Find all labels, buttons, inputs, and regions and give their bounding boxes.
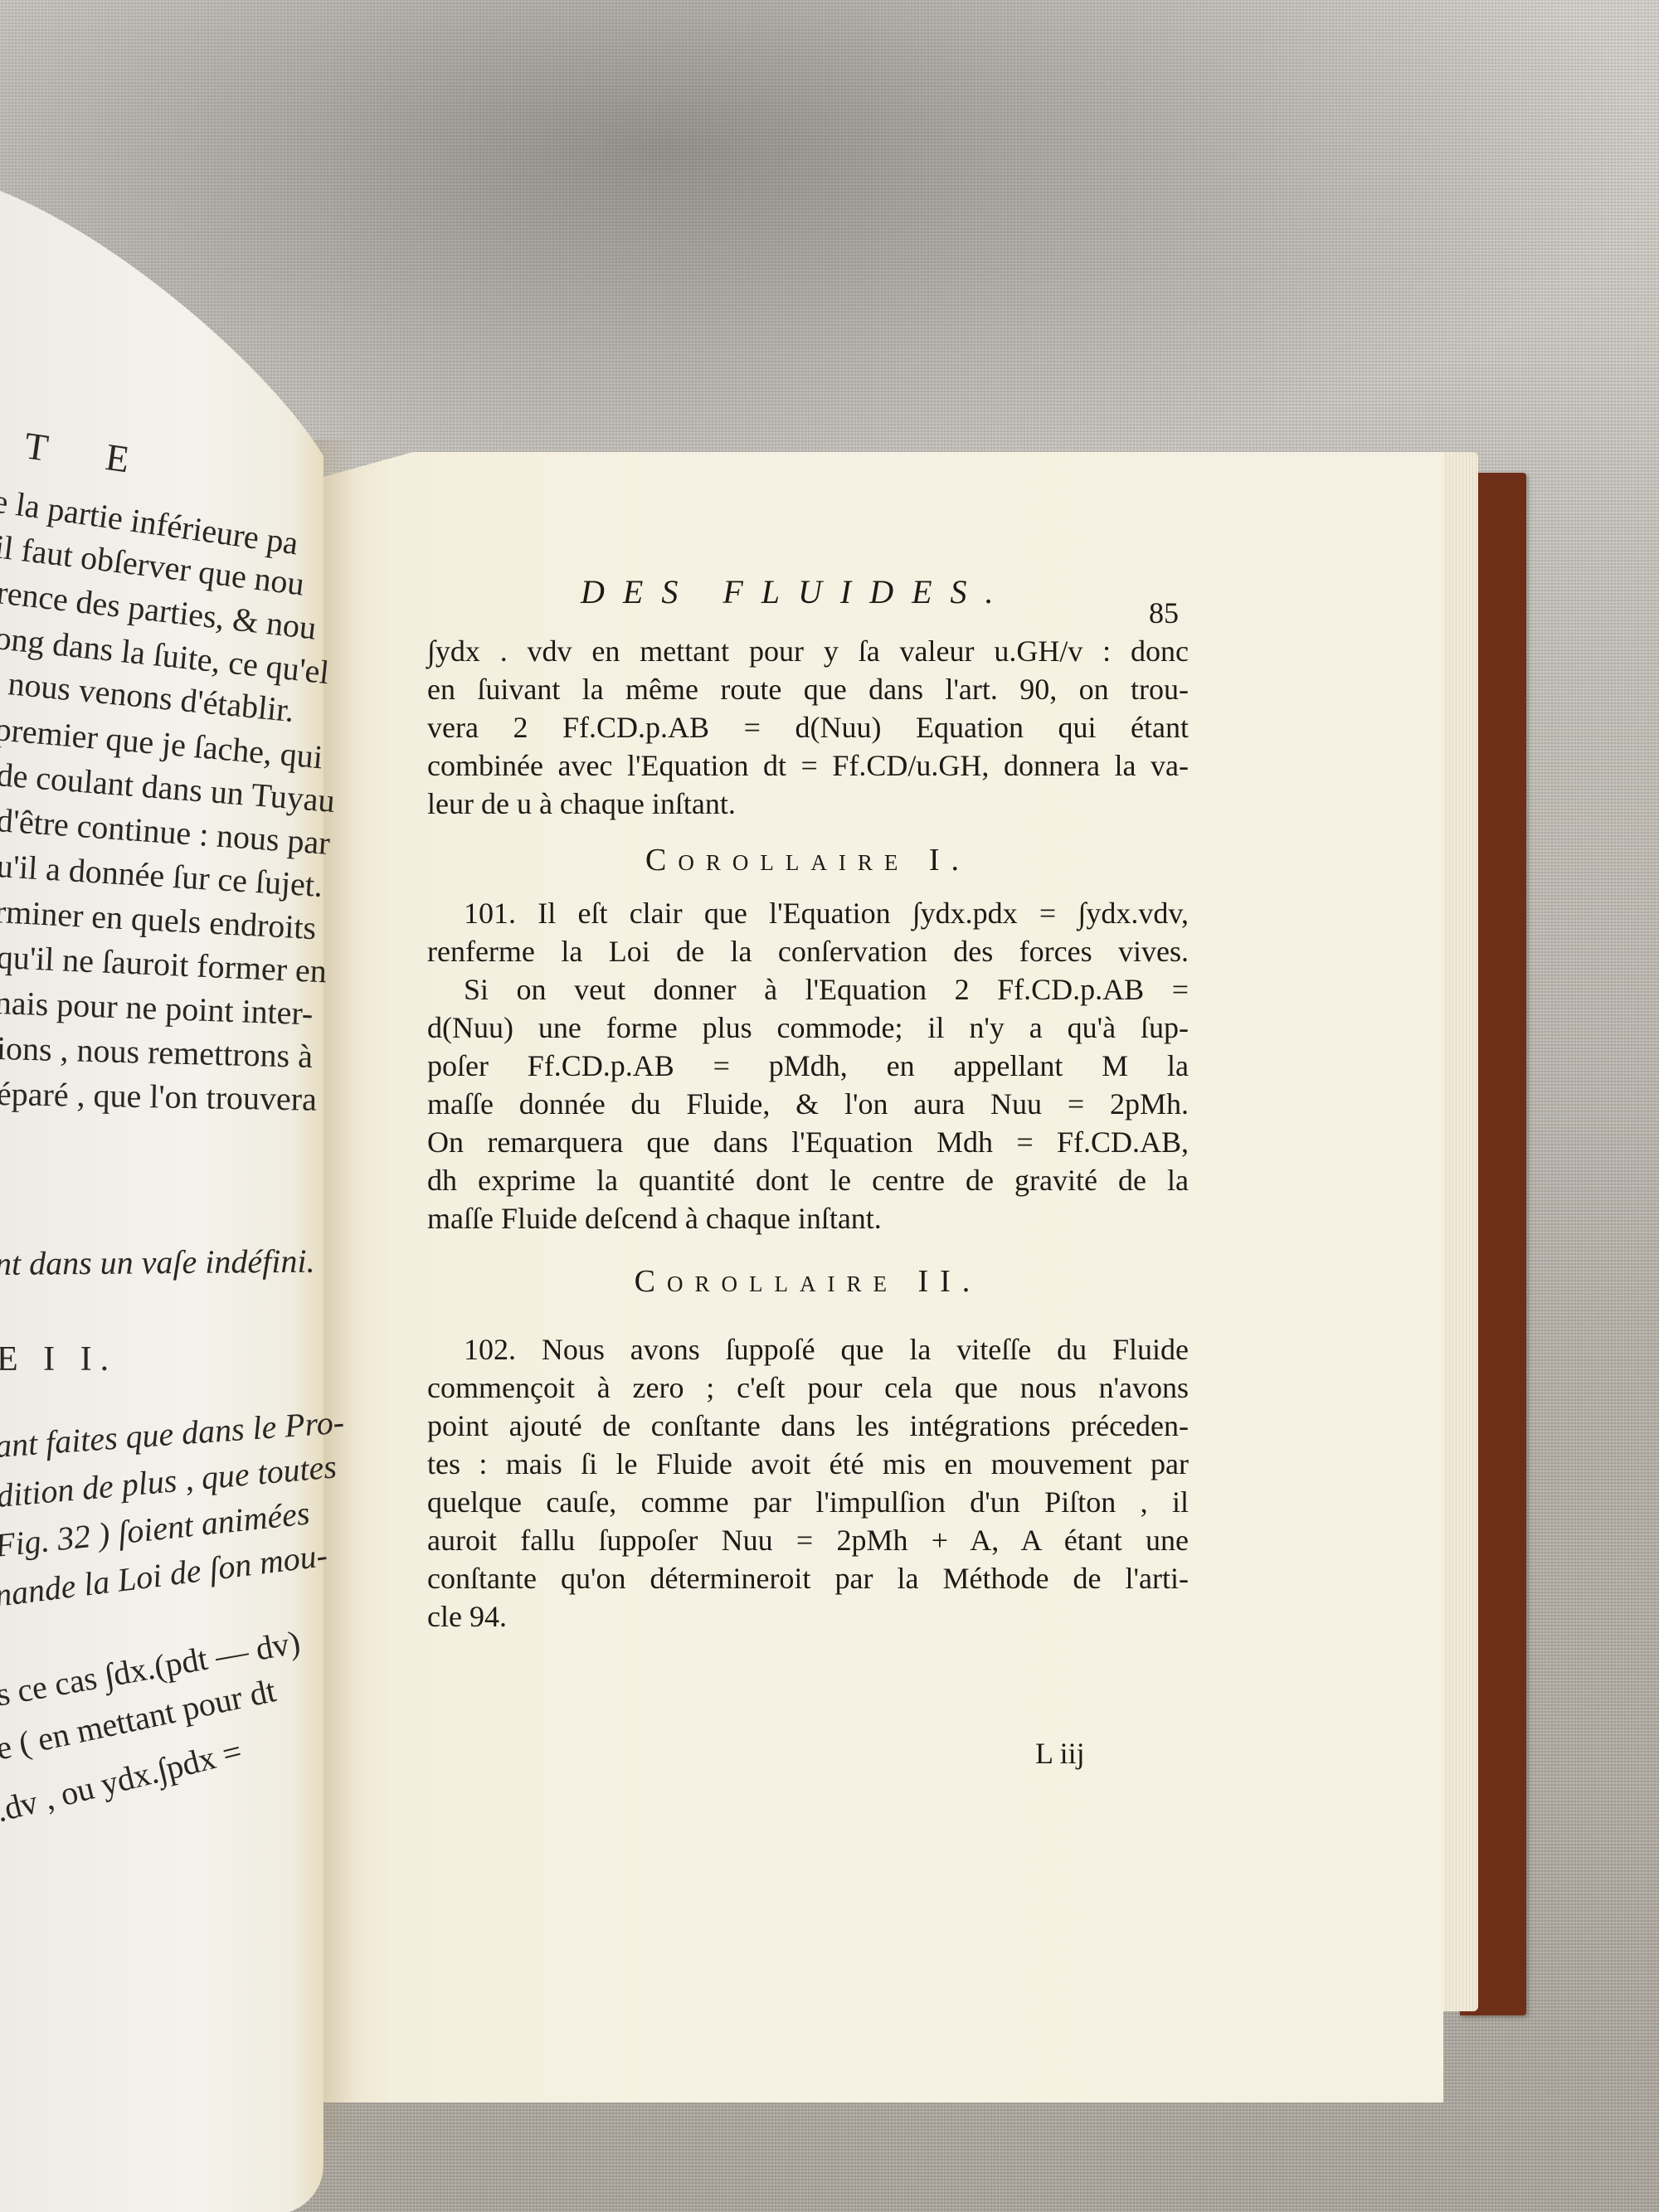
text-line: 101. Il eſt clair que l'Equation ∫ydx.pd… — [427, 894, 1189, 932]
text-line: leur de u à chaque inſtant. — [427, 785, 1189, 823]
text-line: vera 2 Ff.CD.p.AB = d(Nuu) Equation qui … — [427, 708, 1189, 746]
text-line: combinée avec l'Equation dt = Ff.CD/u.GH… — [427, 746, 1189, 785]
running-head: DES FLUIDES. — [581, 572, 1012, 611]
page-number: 85 — [1149, 596, 1179, 630]
text-line: ∫ydx . vdv en mettant pour y ſa valeur u… — [427, 632, 1189, 670]
paragraph-102: 102. Nous avons ſuppoſé que la viteſſe d… — [427, 1330, 1189, 1636]
text-line: auroit fallu ſuppoſer Nuu = 2pMh + A, A … — [427, 1521, 1189, 1559]
text-line: ions , nous remettrons à — [0, 1028, 314, 1076]
text-line: cle 94. — [427, 1597, 1189, 1636]
section-heading-corollaire-2: Corollaire II. — [427, 1262, 1189, 1300]
text-line: point ajouté de conſtante dans les intég… — [427, 1407, 1189, 1445]
left-section-heading: E I I. — [0, 1339, 117, 1379]
paragraph-101: 101. Il eſt clair que l'Equation ∫ydx.pd… — [427, 894, 1189, 1237]
text-line: d(Nuu) une forme plus commode; il n'y a … — [427, 1009, 1189, 1047]
signature-mark: L iij — [1035, 1736, 1085, 1771]
text-line: maſſe Fluide deſcend à chaque inſtant. — [427, 1199, 1189, 1237]
intro-paragraph: ∫ydx . vdv en mettant pour y ſa valeur u… — [427, 632, 1189, 823]
text-line: Si on veut donner à l'Equation 2 Ff.CD.p… — [427, 970, 1189, 1009]
text-line: maſſe donnée du Fluide, & l'on aura Nuu … — [427, 1085, 1189, 1123]
text-line: tes : mais ſi le Fluide avoit été mis en… — [427, 1445, 1189, 1483]
text-line: conſtante qu'on détermineroit par la Mét… — [427, 1559, 1189, 1597]
text-line: éparé , que l'on trouvera — [0, 1074, 317, 1119]
text-line: dh exprime la quantité dont le centre de… — [427, 1161, 1189, 1199]
right-page-body: ∫ydx . vdv en mettant pour y ſa valeur u… — [427, 632, 1189, 1636]
text-line: renferme la Loi de la conſervation des f… — [427, 932, 1189, 970]
text-line: poſer Ff.CD.p.AB = pMdh, en appellant M … — [427, 1047, 1189, 1085]
text-line: quelque cauſe, comme par l'impulſion d'u… — [427, 1483, 1189, 1521]
italic-line: nt dans un vaſe indéfini. — [0, 1242, 315, 1283]
text-line: en ſuivant la même route que dans l'art.… — [427, 670, 1189, 708]
text-line: On remarquera que dans l'Equation Mdh = … — [427, 1123, 1189, 1161]
text-line: 102. Nous avons ſuppoſé que la viteſſe d… — [427, 1330, 1189, 1369]
text-line: commençoit à zero ; c'eſt pour cela que … — [427, 1369, 1189, 1407]
section-heading-corollaire-1: Corollaire I. — [427, 841, 1189, 879]
